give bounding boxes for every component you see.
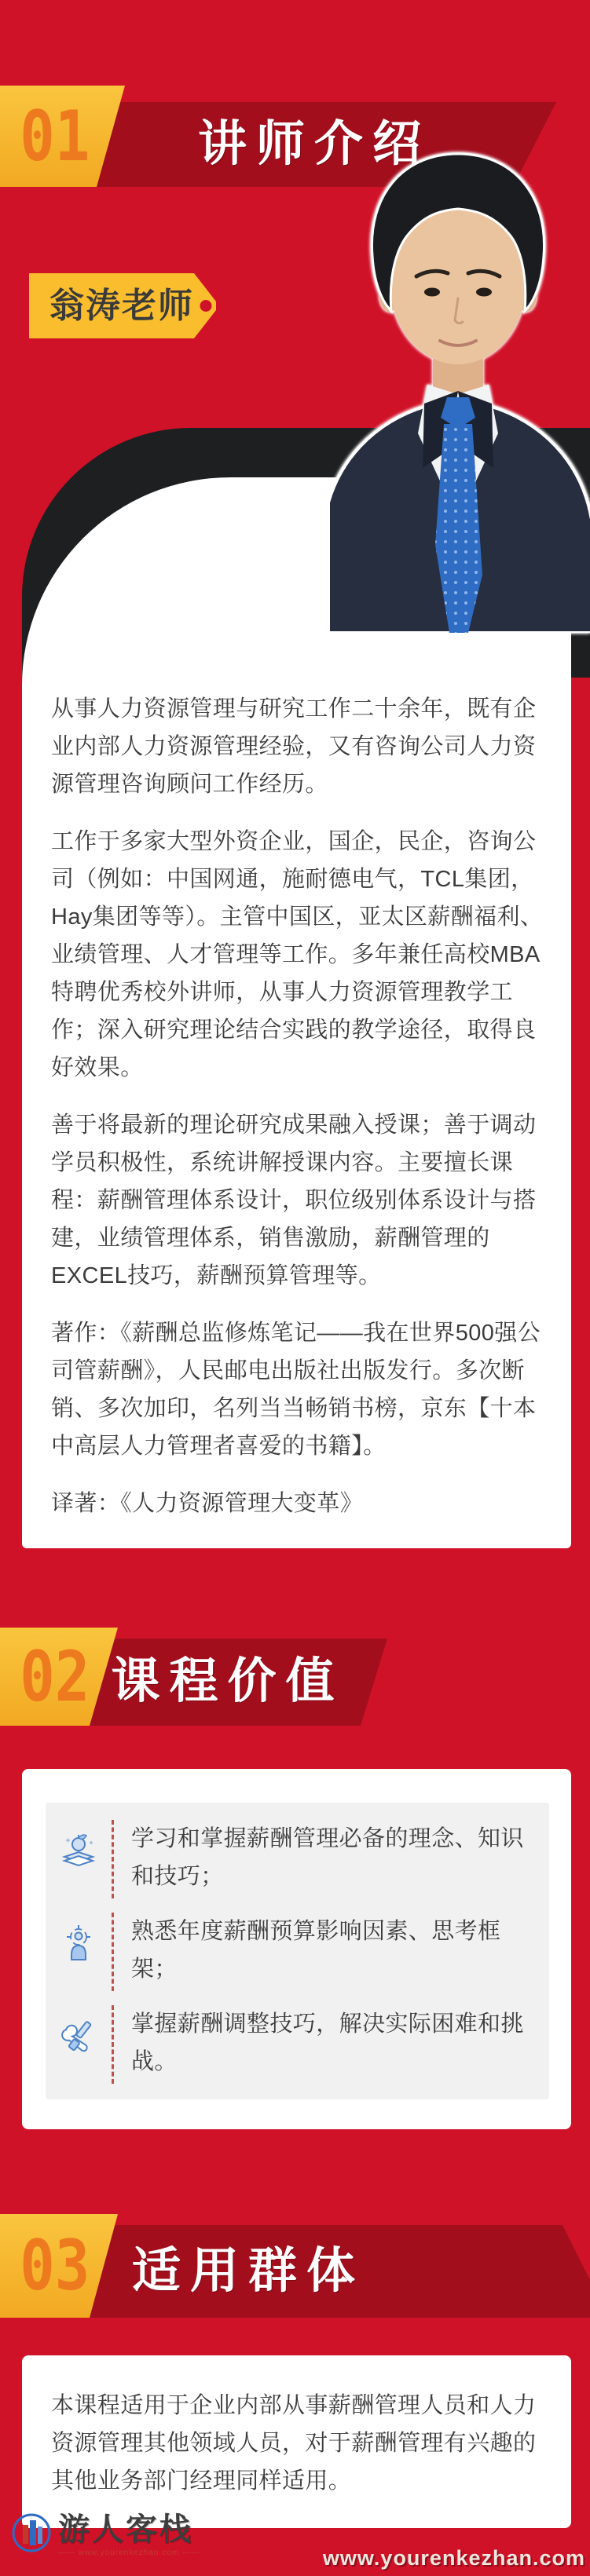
value-item-text: 掌握薪酬调整技巧，解决实际困难和挑战。	[131, 2005, 524, 2081]
list-item: 熟悉年度薪酬预算影响因素、思考框架；	[60, 1913, 549, 1991]
dashed-divider	[112, 1820, 114, 1898]
section2-number: 02	[0, 1628, 99, 1726]
tools-icon	[60, 2005, 101, 2058]
book-apple-icon	[60, 1820, 101, 1873]
watermark-logo: 游人客栈 —— www.yourenkezhan.com ——	[11, 2512, 200, 2557]
audience-card: 本课程适用于企业内部从事薪酬管理人员和人力资源管理其他领域人员，对于薪酬管理有兴…	[22, 2355, 571, 2528]
bio-paragraph: 著作：《薪酬总监修炼笔记——我在世界500强公司管薪酬》，人民邮电出版社出版发行…	[51, 1314, 559, 1465]
teacher-name-tag: 翁涛老师	[29, 273, 216, 338]
watermark-url-small: —— www.yourenkezhan.com ——	[58, 2549, 200, 2557]
bio-paragraph: 工作于多家大型外资企业，国企，民企，咨询公司（例如：中国网通，施耐德电气，TCL…	[51, 823, 559, 1087]
section3-banner: 适用群体	[68, 2225, 590, 2318]
teacher-photo	[330, 151, 590, 633]
bio-paragraph: 译著：《人力资源管理大变革》	[51, 1485, 559, 1522]
section2-banner: 课程价值	[68, 1639, 387, 1726]
teacher-name: 翁涛老师	[49, 273, 194, 338]
footer-url: www.yourenkezhan.com	[323, 2546, 585, 2571]
bio-paragraph: 善于将最新的理论研究成果融入授课；善于调动学员积极性，系统讲解授课内容。主要擅长…	[51, 1106, 559, 1295]
course-poster: 讲师介绍 01 从事人力资源管理与研究工作二十余年，既有企业内部人力资源管理经验…	[0, 0, 590, 2576]
section3-number: 03	[0, 2214, 99, 2318]
person-target-icon	[60, 1913, 101, 1965]
teacher-bio-card: 从事人力资源管理与研究工作二十余年，既有企业内部人力资源管理经验，又有咨询公司人…	[22, 477, 571, 1548]
watermark-name: 游人客栈	[58, 2512, 200, 2547]
dashed-divider	[112, 2005, 114, 2084]
list-item: 学习和掌握薪酬管理必备的理念、知识和技巧；	[60, 1820, 549, 1898]
value-item-text: 熟悉年度薪酬预算影响因素、思考框架；	[131, 1913, 524, 1988]
list-item: 掌握薪酬调整技巧，解决实际困难和挑战。	[60, 2005, 549, 2084]
audience-text: 本课程适用于企业内部从事薪酬管理人员和人力资源管理其他领域人员，对于薪酬管理有兴…	[51, 2387, 555, 2500]
bio-paragraph: 从事人力资源管理与研究工作二十余年，既有企业内部人力资源管理经验，又有咨询公司人…	[51, 690, 559, 803]
section3-title: 适用群体	[68, 2225, 590, 2318]
watermark-logo-icon	[11, 2512, 52, 2553]
course-value-card: 学习和掌握薪酬管理必备的理念、知识和技巧； 熟悉年度薪酬预算影响因素、思考框架；	[22, 1769, 571, 2129]
course-value-panel: 学习和掌握薪酬管理必备的理念、知识和技巧； 熟悉年度薪酬预算影响因素、思考框架；	[46, 1803, 549, 2099]
section2-title: 课程价值	[68, 1639, 387, 1726]
value-item-text: 学习和掌握薪酬管理必备的理念、知识和技巧；	[131, 1820, 524, 1895]
dashed-divider	[112, 1913, 114, 1991]
section1-number: 01	[0, 86, 105, 187]
